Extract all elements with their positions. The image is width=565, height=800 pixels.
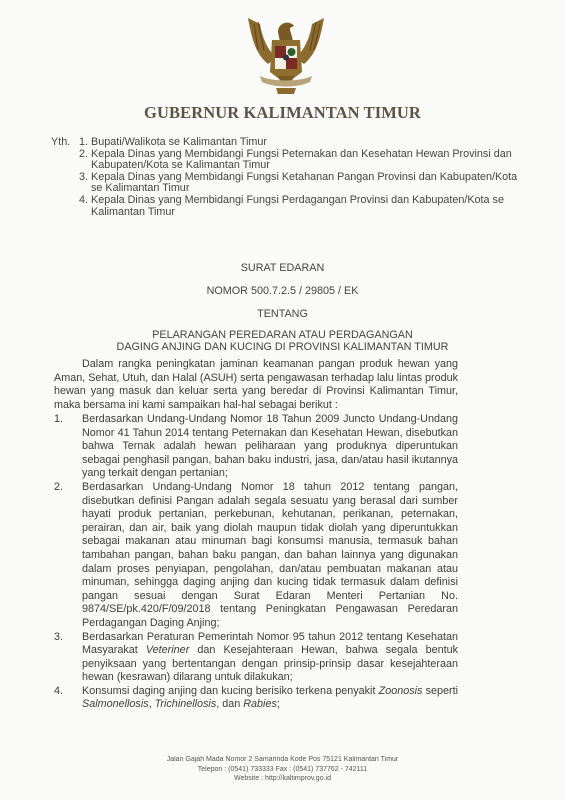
point-item: 1.Berdasarkan Undang-Undang Nomor 18 Tah…	[54, 413, 458, 481]
addressee-item: 4.Kepala Dinas yang Membidangi Fungsi Pe…	[79, 195, 521, 218]
subject-line-1: PELARANGAN PEREDARAN ATAU PERDAGANGAN	[0, 329, 565, 341]
point-item: 4.Konsumsi daging anjing dan kucing beri…	[54, 685, 458, 712]
addressee-item: 2.Kepala Dinas yang Membidangi Fungsi Pe…	[79, 149, 521, 172]
intro-paragraph: Dalam rangka peningkatan jaminan keamana…	[54, 358, 458, 412]
addressee-item: 3.Kepala Dinas yang Membidangi Fungsi Ke…	[79, 172, 521, 195]
garuda-emblem-icon	[238, 10, 334, 98]
document-page: GUBERNUR KALIMANTAN TIMUR Yth. 1.Bupati/…	[0, 0, 565, 800]
letterhead-footer: Jalan Gajah Mada Nomor 2 Samarinda Kode …	[0, 755, 565, 784]
point-item: 2.Berdasarkan Undang-Undang Nomor 18 tah…	[54, 481, 458, 631]
addressee-block: Yth. 1.Bupati/Walikota se Kalimantan Tim…	[51, 137, 521, 218]
addressee-list: 1.Bupati/Walikota se Kalimantan Timur 2.…	[51, 137, 521, 218]
governor-title: GUBERNUR KALIMANTAN TIMUR	[0, 103, 565, 123]
footer-website: Website : http://kaltimprov.go.id	[0, 774, 565, 784]
footer-address: Jalan Gajah Mada Nomor 2 Samarinda Kode …	[0, 755, 565, 765]
addressee-label: Yth.	[51, 137, 70, 149]
about-label: TENTANG	[0, 308, 565, 320]
points-list: 1.Berdasarkan Undang-Undang Nomor 18 Tah…	[54, 413, 458, 712]
letter-type: SURAT EDARAN	[0, 262, 565, 274]
subject-line-2: DAGING ANJING DAN KUCING DI PROVINSI KAL…	[0, 341, 565, 353]
footer-phone: Telepon : (0541) 733333 Fax : (0541) 737…	[0, 765, 565, 775]
point-item: 3.Berdasarkan Peraturan Pemerintah Nomor…	[54, 631, 458, 685]
letter-number: NOMOR 500.7.2.5 / 29805 / EK	[0, 285, 565, 297]
